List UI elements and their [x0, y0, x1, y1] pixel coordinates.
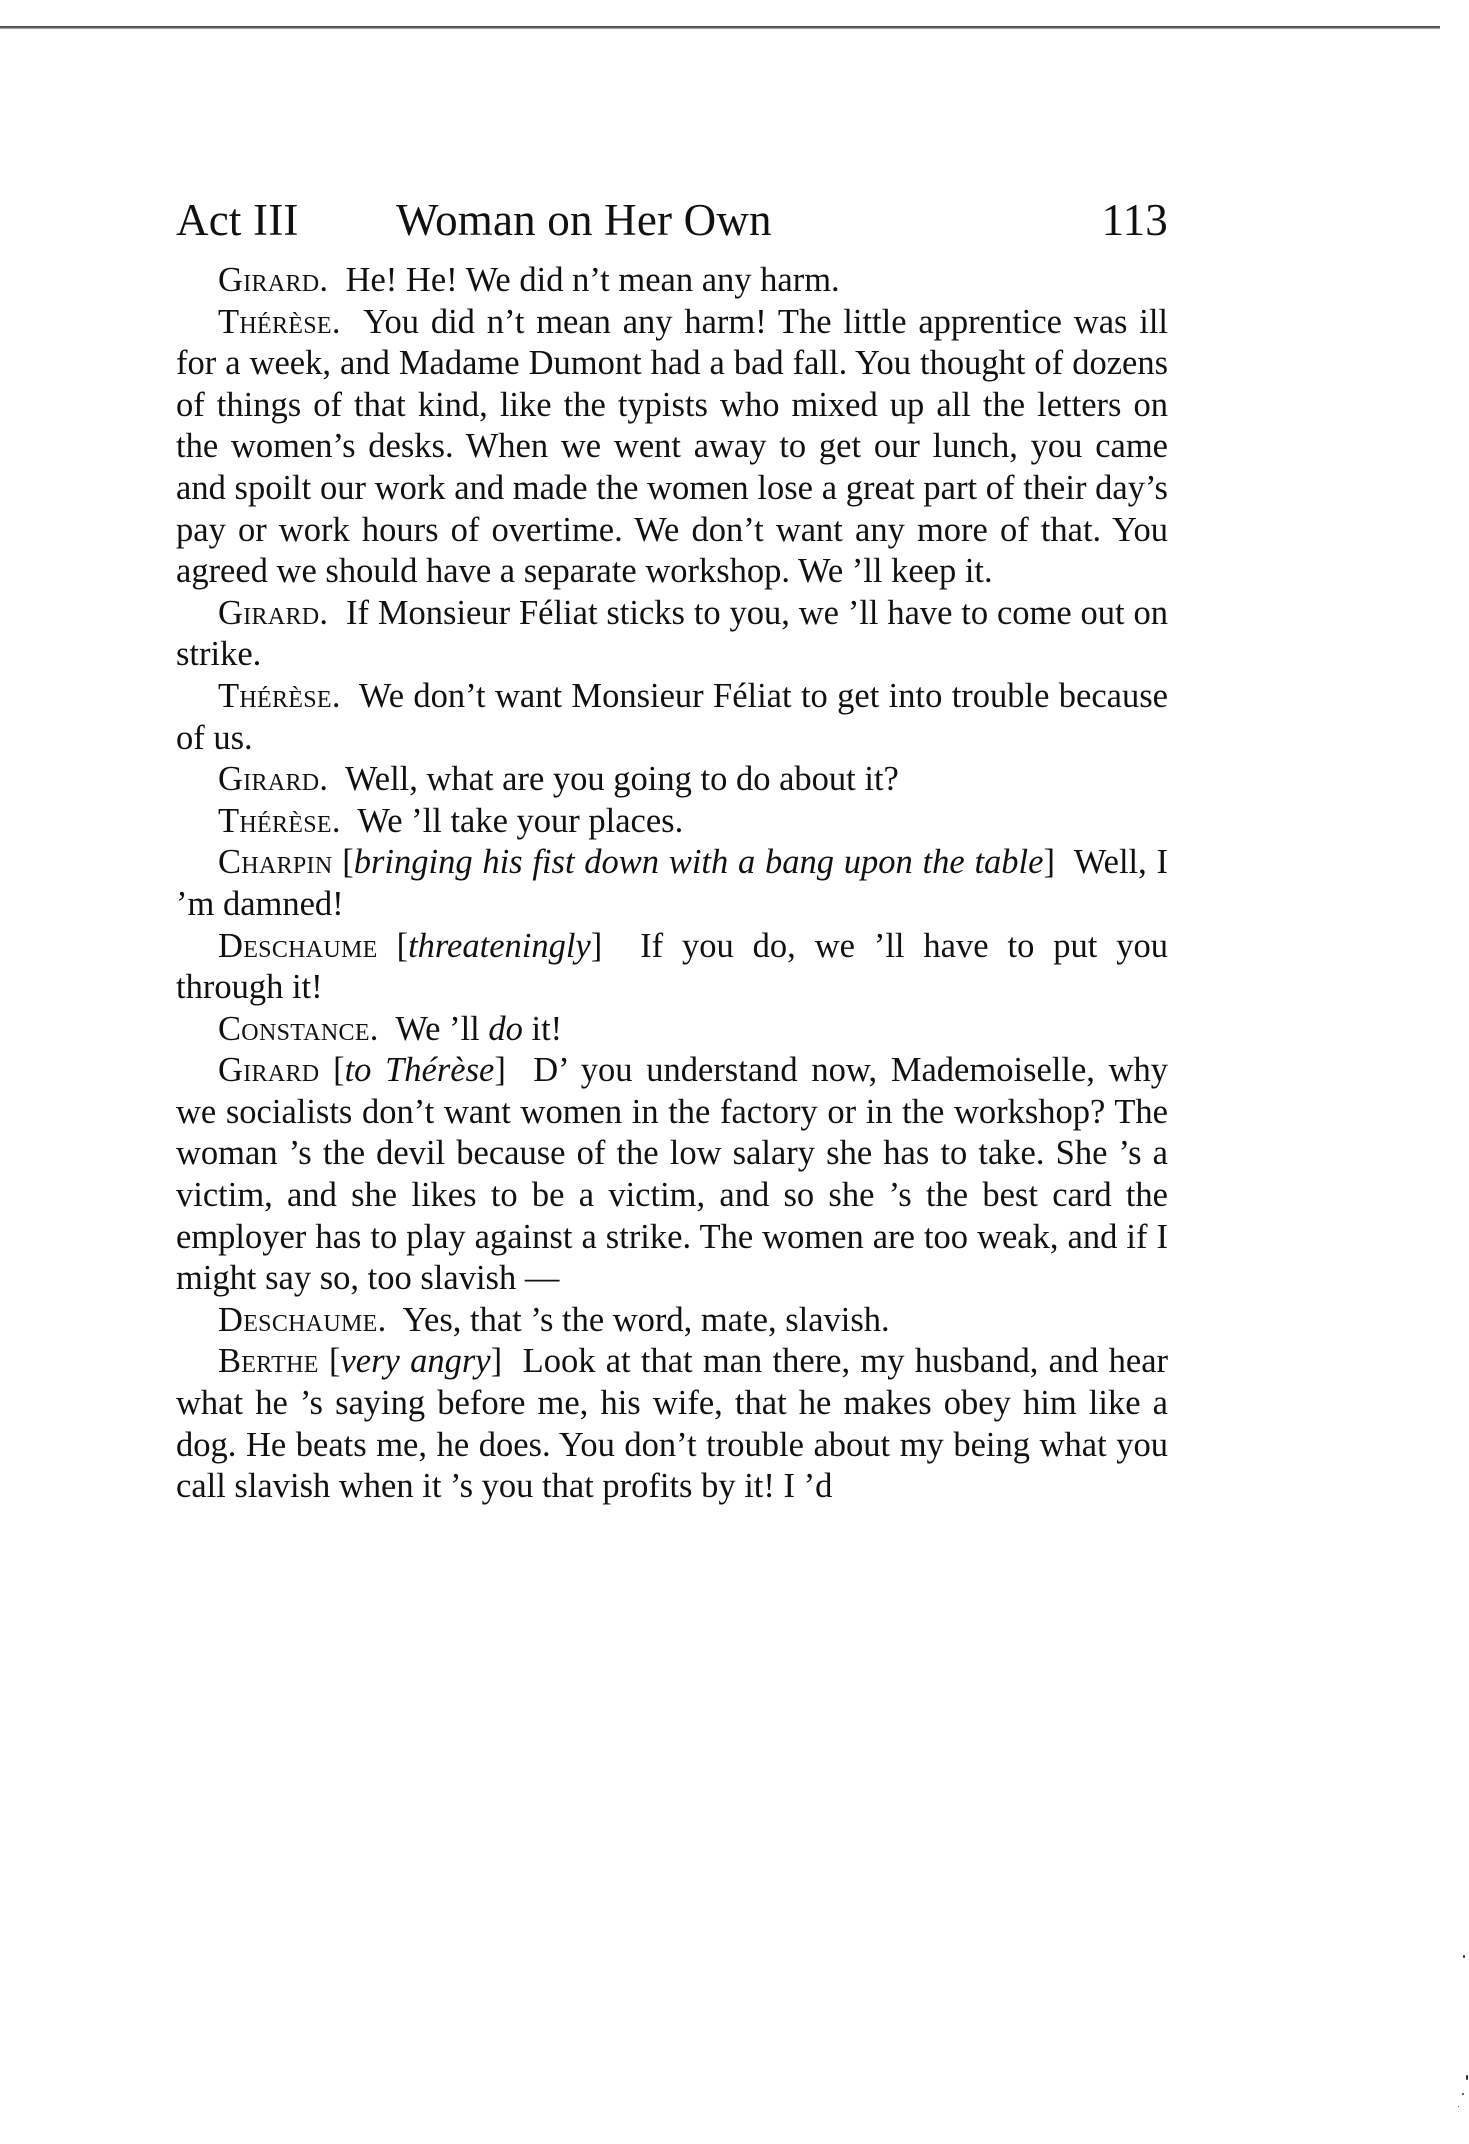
scan-speck [1462, 2093, 1464, 2095]
stage-direction: bringing his fist down with a bang upon … [354, 843, 1044, 881]
stage-direction: threateningly [408, 927, 591, 965]
speech-text: He! He! We did n’t mean any harm. [346, 261, 840, 299]
stage-direction-close-bracket: ] [491, 1342, 503, 1380]
scan-speck [1466, 2075, 1468, 2080]
stage-direction-open-bracket: [ [397, 927, 409, 965]
speaker-name: Girard. [218, 760, 328, 798]
stage-direction: to Thérèse [345, 1051, 495, 1089]
speech-text-before: We ’ll [395, 1010, 488, 1048]
speaker-name: Girard. [218, 261, 328, 299]
stage-direction-open-bracket: [ [329, 1342, 341, 1380]
stage-direction-close-bracket: ] [1043, 843, 1055, 881]
speaker-name: Deschaume. [218, 1301, 387, 1339]
speech-text: Yes, that ’s the word, mate, slavish. [403, 1301, 890, 1339]
speech-text: Well, what are you going to do about it? [345, 760, 899, 798]
speech-girard-1: Girard. He! He! We did n’t mean any harm… [176, 260, 1168, 302]
scan-top-edge-rule [0, 26, 1440, 29]
speech-text: You did n’t mean any harm! The little ap… [176, 303, 1168, 591]
speaker-name: Girard [218, 1051, 319, 1089]
act-label: Act III [176, 190, 396, 250]
speaker-name: Thérèse. [218, 303, 341, 341]
stage-direction: very angry [340, 1342, 490, 1380]
speech-text: D’ you understand now, Mademoiselle, why… [176, 1051, 1168, 1297]
speaker-name: Girard. [218, 594, 328, 632]
speech-charpin-1: Charpin [bringing his fist down with a b… [176, 842, 1168, 925]
page-number: 113 [1102, 190, 1168, 250]
speech-emphasis: do [488, 1010, 523, 1048]
speech-girard-4: Girard [to Thérèse] D’ you understand no… [176, 1050, 1168, 1300]
speech-therese-2: Thérèse. We don’t want Monsieur Féliat t… [176, 676, 1168, 759]
speaker-name: Charpin [218, 843, 332, 881]
scan-speck [1458, 2106, 1459, 2107]
speech-berthe-1: Berthe [very angry] Look at that man the… [176, 1341, 1168, 1507]
scan-speck [1463, 1955, 1465, 1958]
stage-direction-open-bracket: [ [342, 843, 354, 881]
stage-direction-close-bracket: ] [494, 1051, 506, 1089]
speech-therese-3: Thérèse. We ’ll take your places. [176, 801, 1168, 843]
speech-text-after: it! [523, 1010, 562, 1048]
speech-girard-2: Girard. If Monsieur Féliat sticks to you… [176, 593, 1168, 676]
speaker-name: Deschaume [218, 927, 378, 965]
speech-therese-1: Thérèse. You did n’t mean any harm! The … [176, 302, 1168, 593]
speaker-name: Thérèse. [218, 802, 341, 840]
speaker-name: Berthe [218, 1342, 319, 1380]
stage-direction-close-bracket: ] [591, 927, 603, 965]
book-page: Act III Woman on Her Own 113 Girard. He!… [176, 190, 1168, 1508]
speech-constance-1: Constance. We ’ll do it! [176, 1009, 1168, 1051]
speech-text: We ’ll take your places. [357, 802, 683, 840]
speech-deschaume-1: Deschaume [threateningly] If you do, we … [176, 926, 1168, 1009]
running-header: Act III Woman on Her Own 113 [176, 190, 1168, 256]
speech-text: Look at that man there, my husband, and … [176, 1342, 1168, 1505]
speaker-name: Thérèse. [218, 677, 341, 715]
speech-girard-3: Girard. Well, what are you going to do a… [176, 759, 1168, 801]
dialogue-body: Girard. He! He! We did n’t mean any harm… [176, 260, 1168, 1508]
play-title: Woman on Her Own [396, 190, 1102, 250]
speech-deschaume-2: Deschaume. Yes, that ’s the word, mate, … [176, 1300, 1168, 1342]
speaker-name: Constance. [218, 1010, 379, 1048]
stage-direction-open-bracket: [ [333, 1051, 345, 1089]
